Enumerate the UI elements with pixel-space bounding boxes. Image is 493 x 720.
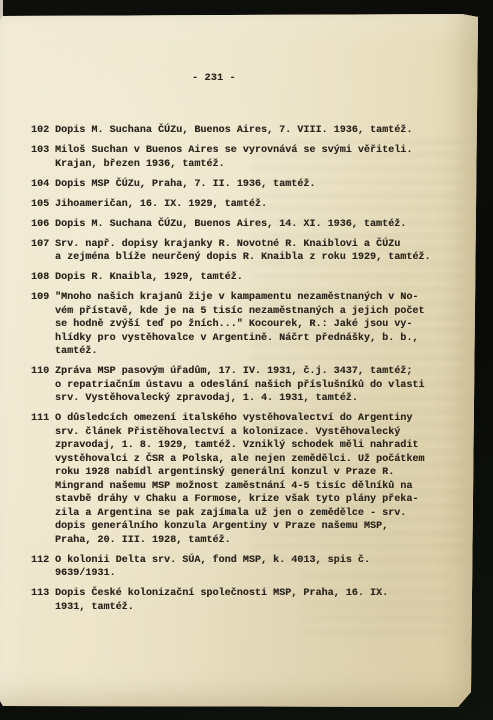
footnote-entry: 104Dopis MSP ČÚZu, Praha, 7. II. 1936, t… xyxy=(31,178,469,192)
footnote-entry: 109"Mnoho našich krajanů žije v kampamen… xyxy=(31,291,469,359)
footnote-line: Jihoameričan, 16. IX. 1929, tamtéž. xyxy=(55,198,469,212)
footnote-line: Dopis České kolonizační společnosti MSP,… xyxy=(55,587,469,601)
footnote-entry: 105Jihoameričan, 16. IX. 1929, tamtéž. xyxy=(31,198,469,212)
footnote-line: hlídky pro vystěhovalce v Argentině. Náč… xyxy=(55,332,469,346)
footnote-line: 9639/1931. xyxy=(55,567,469,581)
footnote-list: 102Dopis M. Suchana ČÚZu, Buenos Aires, … xyxy=(31,124,469,621)
footnote-line: Mingrand našemu MSP možnost zaměstnání 4… xyxy=(55,480,469,494)
footnote-number: 110 xyxy=(31,365,49,379)
footnote-line: Zpráva MSP pasovým úřadům, 17. IV. 1931,… xyxy=(55,365,469,379)
footnote-line: Praha, 20. III. 1928, tamtéž. xyxy=(55,534,469,548)
footnote-line: Dopis R. Knaibla, 1929, tamtéž. xyxy=(55,271,469,285)
footnote-line: srv. článek Přistěhovalectví a kolonizac… xyxy=(55,426,469,440)
footnote-line: O kolonii Delta srv. SÚA, fond MSP, k. 4… xyxy=(55,554,469,568)
footnote-line: stavbě dráhy v Chaku a Formose, krize vš… xyxy=(55,493,469,507)
footnote-entry: 112O kolonii Delta srv. SÚA, fond MSP, k… xyxy=(31,554,469,581)
footnote-line: "Mnoho našich krajanů žije v kampamentu … xyxy=(55,291,469,305)
footnote-entry: 107Srv. např. dopisy krajanky R. Novotné… xyxy=(31,238,469,265)
footnote-entry: 102Dopis M. Suchana ČÚZu, Buenos Aires, … xyxy=(31,124,469,138)
scan-background: - 231 - 102Dopis M. Suchana ČÚZu, Buenos… xyxy=(0,0,493,720)
footnote-number: 104 xyxy=(31,178,49,192)
footnote-line: Srv. např. dopisy krajanky R. Novotné R.… xyxy=(55,238,469,252)
footnote-number: 113 xyxy=(31,587,49,601)
footnote-entry: 106Dopis M. Suchana ČÚZu, Buenos Aires, … xyxy=(31,218,469,232)
footnote-number: 103 xyxy=(31,144,49,158)
footnote-entry: 110Zpráva MSP pasovým úřadům, 17. IV. 19… xyxy=(31,365,469,406)
footnote-line: vém přístavě, kde je na 5 tisíc nezaměst… xyxy=(55,305,469,319)
footnote-line: se hodně zvýší teď po žních..." Kocourek… xyxy=(55,318,469,332)
footnote-entry: 103Miloš Suchan v Buenos Aires se vyrovn… xyxy=(31,144,469,171)
footnote-entry: 113Dopis České kolonizační společnosti M… xyxy=(31,587,469,614)
footnote-number: 106 xyxy=(31,218,49,232)
footnote-line: zila a Argentina se pak zajímala už jen … xyxy=(55,507,469,521)
footnote-number: 111 xyxy=(31,412,49,426)
footnote-number: 109 xyxy=(31,291,49,305)
footnote-line: a zejména blíže neurčený dopis R. Knaibl… xyxy=(55,251,469,265)
footnote-entry: 111O důsledcích omezení italského vystěh… xyxy=(31,412,469,547)
footnote-number: 112 xyxy=(31,554,49,568)
footnote-entry: 108Dopis R. Knaibla, 1929, tamtéž. xyxy=(31,271,469,285)
footnote-line: Dopis M. Suchana ČÚZu, Buenos Aires, 14.… xyxy=(55,218,469,232)
footnote-line: Dopis MSP ČÚZu, Praha, 7. II. 1936, tamt… xyxy=(55,178,469,192)
footnote-number: 102 xyxy=(31,124,49,138)
footnote-line: 1931, tamtéž. xyxy=(55,601,469,615)
footnote-line: Krajan, březen 1936, tamtéž. xyxy=(55,158,469,172)
footnote-line: dopis generálního konzula Argentiny v Pr… xyxy=(55,520,469,534)
footnote-line: roku 1928 nabídl argentinský generální k… xyxy=(55,466,469,480)
footnote-number: 108 xyxy=(31,271,49,285)
footnote-line: tamtéž. xyxy=(55,345,469,359)
footnote-line: Dopis M. Suchana ČÚZu, Buenos Aires, 7. … xyxy=(55,124,469,138)
footnote-line: O důsledcích omezení italského vystěhova… xyxy=(55,412,469,426)
footnote-line: zpravodaj, 1. 8. 1929, tamtéž. Vzniklý s… xyxy=(55,439,469,453)
scanned-page: - 231 - 102Dopis M. Suchana ČÚZu, Buenos… xyxy=(0,14,479,708)
footnote-line: srv. Vystěhovalecký zpravodaj, 1. 4. 193… xyxy=(55,392,469,406)
footnote-line: vystěhovalci z ČSR a Polska, ale nejen z… xyxy=(55,453,469,467)
footnote-line: o repatriačním ústavu a odeslání našich … xyxy=(55,379,469,393)
page-number: - 231 - xyxy=(192,72,236,86)
footnote-line: Miloš Suchan v Buenos Aires se vyrovnává… xyxy=(55,144,469,158)
footnote-number: 105 xyxy=(31,198,49,212)
footnote-number: 107 xyxy=(31,238,49,252)
